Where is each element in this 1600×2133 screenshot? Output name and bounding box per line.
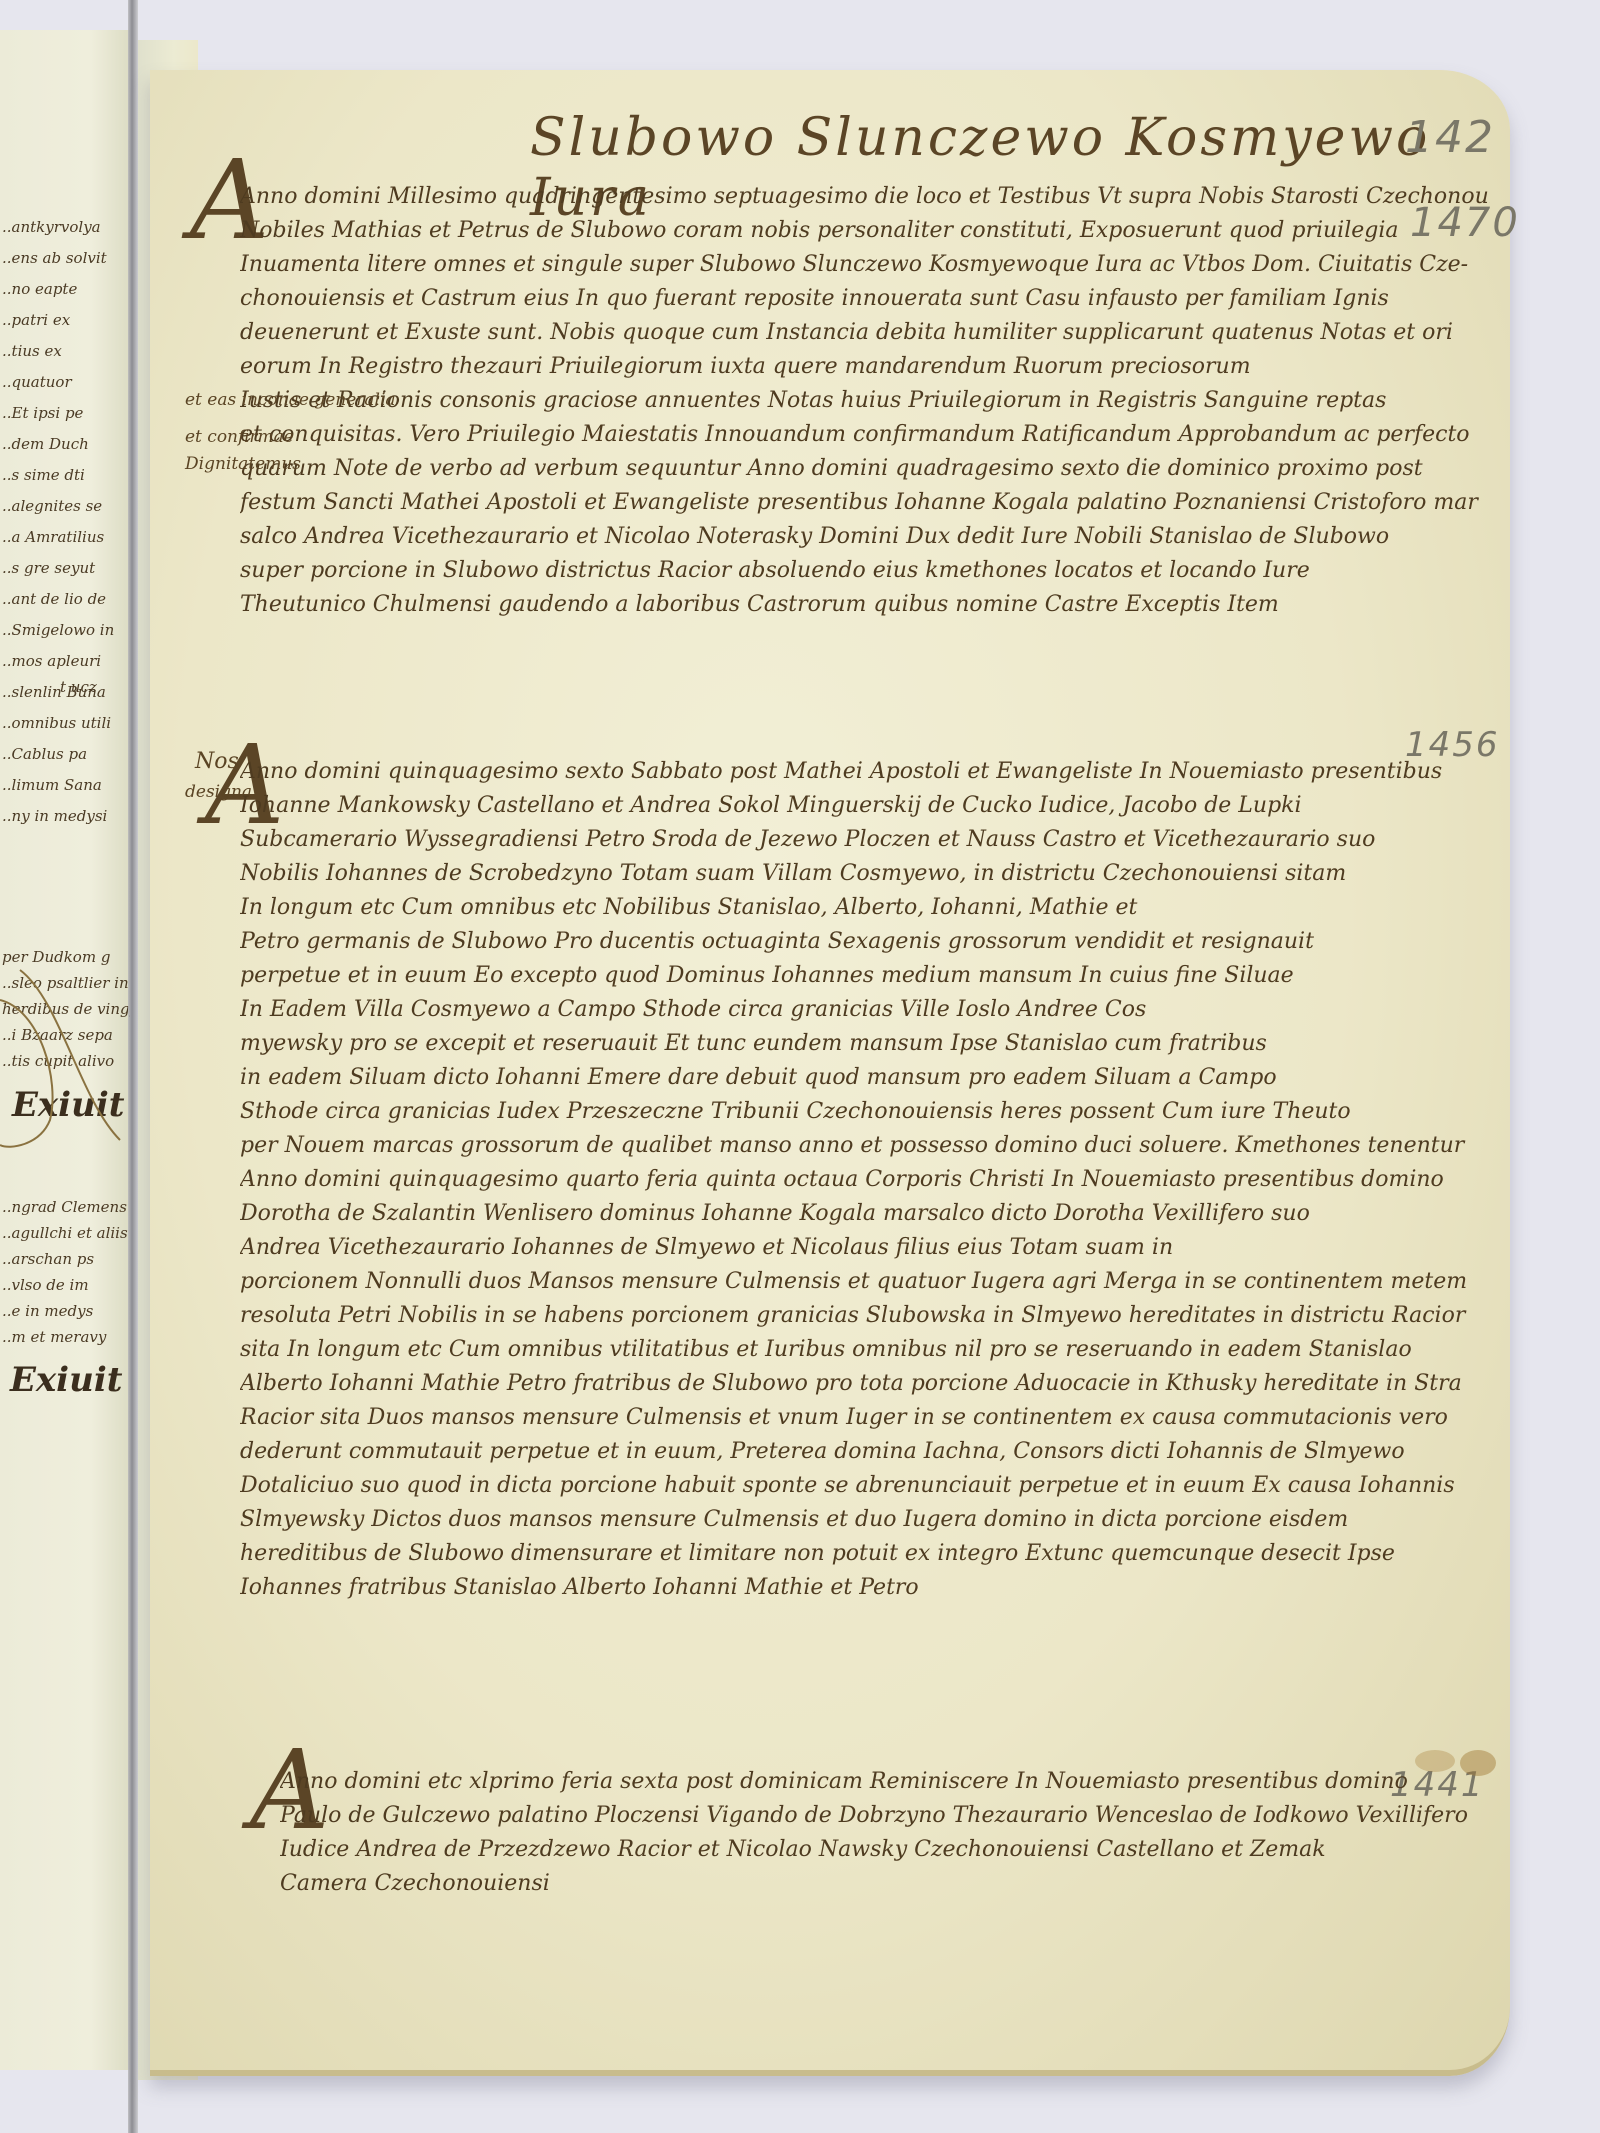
text-line: Anno domini quinquagesimo sexto Sabbato … [240, 755, 1490, 789]
text-line: Iudice Andrea de Przezdzewo Racior et Ni… [280, 1833, 1530, 1867]
text-line: ..ant de lio de [2, 592, 106, 607]
ink-flourish-icon [0, 960, 130, 1160]
text-line: Andrea Vicethezaurario Iohannes de Slmye… [240, 1231, 1490, 1265]
text-line: ..omnibus utili [2, 716, 111, 731]
text-line: Petro germanis de Slubowo Pro ducentis o… [240, 925, 1490, 959]
text-line: et conquisitas. Vero Priuilegio Maiestat… [240, 418, 1490, 452]
text-line: ..a Amratilius [2, 530, 104, 545]
text-line: Iohannes fratribus Stanislao Alberto Ioh… [240, 1571, 1490, 1605]
glass-binding-bar [128, 0, 138, 2133]
entry-1-margin-note-3: Dignitatemus [185, 452, 301, 476]
text-line: ..ens ab solvit [2, 251, 107, 266]
text-line: ..Smigelowo in [2, 623, 114, 638]
text-line: ..quatuor [2, 375, 72, 390]
exiuit-mark-2: Exiuit [10, 1360, 122, 1400]
text-line: Dotaliciuo suo quod in dicta porcione ha… [240, 1469, 1490, 1503]
entry-2: Anno domini quinquagesimo sexto Sabbato … [240, 755, 1490, 1605]
text-line: Anno domini etc xlprimo feria sexta post… [280, 1765, 1530, 1799]
ink-stain [1460, 1750, 1496, 1776]
text-line: ..dem Duch [2, 437, 89, 452]
text-line: sita In longum etc Cum omnibus vtilitati… [240, 1333, 1490, 1367]
text-line: Alberto Iohanni Mathie Petro fratribus d… [240, 1367, 1490, 1401]
text-line: Sthode circa granicias Iudex Przeszeczne… [240, 1095, 1490, 1129]
text-line: In Eadem Villa Cosmyewo a Campo Sthode c… [240, 993, 1490, 1027]
text-line: Racior sita Duos mansos mensure Culmensi… [240, 1401, 1490, 1435]
text-line: ..s gre seyut [2, 561, 95, 576]
text-line: ..m et meravy [2, 1330, 106, 1345]
entry-2-margin-note-1: Nos [195, 750, 239, 774]
text-line: eorum In Registro thezauri Priuilegiorum… [240, 350, 1490, 384]
text-line: deuenerunt et Exuste sunt. Nobis quoque … [240, 316, 1490, 350]
text-line: hereditibus de Slubowo dimensurare et li… [240, 1537, 1490, 1571]
manuscript-page: Slubowo Slunczewo Kosmyewo Iura 142 1470… [150, 70, 1510, 2076]
text-line: ..Cablus pa [2, 747, 87, 762]
text-line: Dorotha de Szalantin Wenlisero dominus I… [240, 1197, 1490, 1231]
text-line: ..alegnites se [2, 499, 102, 514]
text-line: ..limum Sana [2, 778, 102, 793]
left-facing-page: ..antkyrvolya..ens ab solvit..no eapte..… [0, 30, 130, 2070]
text-line: ..ny in medysi [2, 809, 107, 824]
text-line: ..e in medys [2, 1304, 93, 1319]
text-line: Iustis et Racionis consonis graciose ann… [240, 384, 1490, 418]
text-line: Anno domini Millesimo quadringentesimo s… [240, 180, 1490, 214]
text-line: per Nouem marcas grossorum de qualibet m… [240, 1129, 1490, 1163]
text-line: Anno domini quinquagesimo quarto feria q… [240, 1163, 1490, 1197]
entry-1: Anno domini Millesimo quadringentesimo s… [240, 180, 1490, 622]
text-line: resoluta Petri Nobilis in se habens porc… [240, 1299, 1490, 1333]
text-line: Subcamerario Wyssegradiensi Petro Sroda … [240, 823, 1490, 857]
text-line: ..s sime dti [2, 468, 85, 483]
text-line: Iohanne Mankowsky Castellano et Andrea S… [240, 789, 1490, 823]
entry-1-margin-note-1: et eas inconae generalia [185, 388, 396, 412]
text-line: myewsky pro se excepit et reseruauit Et … [240, 1027, 1490, 1061]
text-line: ..mos apleuri [2, 654, 101, 669]
text-line: Nobiles Mathias et Petrus de Slubowo cor… [240, 214, 1490, 248]
entry-1-margin-note-2: et confirmae [185, 425, 294, 449]
left-mid-note: t ucz [60, 680, 97, 695]
text-line: perpetue et in euum Eo excepto quod Domi… [240, 959, 1490, 993]
entry-3: Anno domini etc xlprimo feria sexta post… [280, 1765, 1530, 1901]
text-line: Inuamenta litere omnes et singule super … [240, 248, 1490, 282]
ink-stain [1415, 1750, 1455, 1772]
folio-number: 142 [1405, 112, 1495, 163]
text-line: ..vlso de im [2, 1278, 89, 1293]
text-line: In longum etc Cum omnibus etc Nobilibus … [240, 891, 1490, 925]
text-line: ..Et ipsi pe [2, 406, 83, 421]
text-line: festum Sancti Mathei Apostoli et Ewangel… [240, 486, 1490, 520]
text-line: Slmyewsky Dictos duos mansos mensure Cul… [240, 1503, 1490, 1537]
text-line: Theutunico Chulmensi gaudendo a laboribu… [240, 588, 1490, 622]
text-line: porcionem Nonnulli duos Mansos mensure C… [240, 1265, 1490, 1299]
text-line: ..no eapte [2, 282, 77, 297]
text-line: Camera Czechonouiensi [280, 1867, 1530, 1901]
text-line: dederunt commutauit perpetue et in euum,… [240, 1435, 1490, 1469]
text-line: ..patri ex [2, 313, 70, 328]
text-line: ..tius ex [2, 344, 62, 359]
text-line: in eadem Siluam dicto Iohanni Emere dare… [240, 1061, 1490, 1095]
text-line: ..arschan ps [2, 1252, 94, 1267]
text-line: ..agullchi et aliis [2, 1226, 128, 1241]
text-line: chonouiensis et Castrum eius In quo fuer… [240, 282, 1490, 316]
text-line: ..antkyrvolya [2, 220, 101, 235]
text-line: salco Andrea Vicethezaurario et Nicolao … [240, 520, 1490, 554]
text-line: ..ngrad Clemens [2, 1200, 127, 1215]
text-line: super porcione in Slubowo districtus Rac… [240, 554, 1490, 588]
text-line: Nobilis Iohannes de Scrobedzyno Totam su… [240, 857, 1490, 891]
text-line: quarum Note de verbo ad verbum sequuntur… [240, 452, 1490, 486]
text-line: Paulo de Gulczewo palatino Ploczensi Vig… [280, 1799, 1530, 1833]
